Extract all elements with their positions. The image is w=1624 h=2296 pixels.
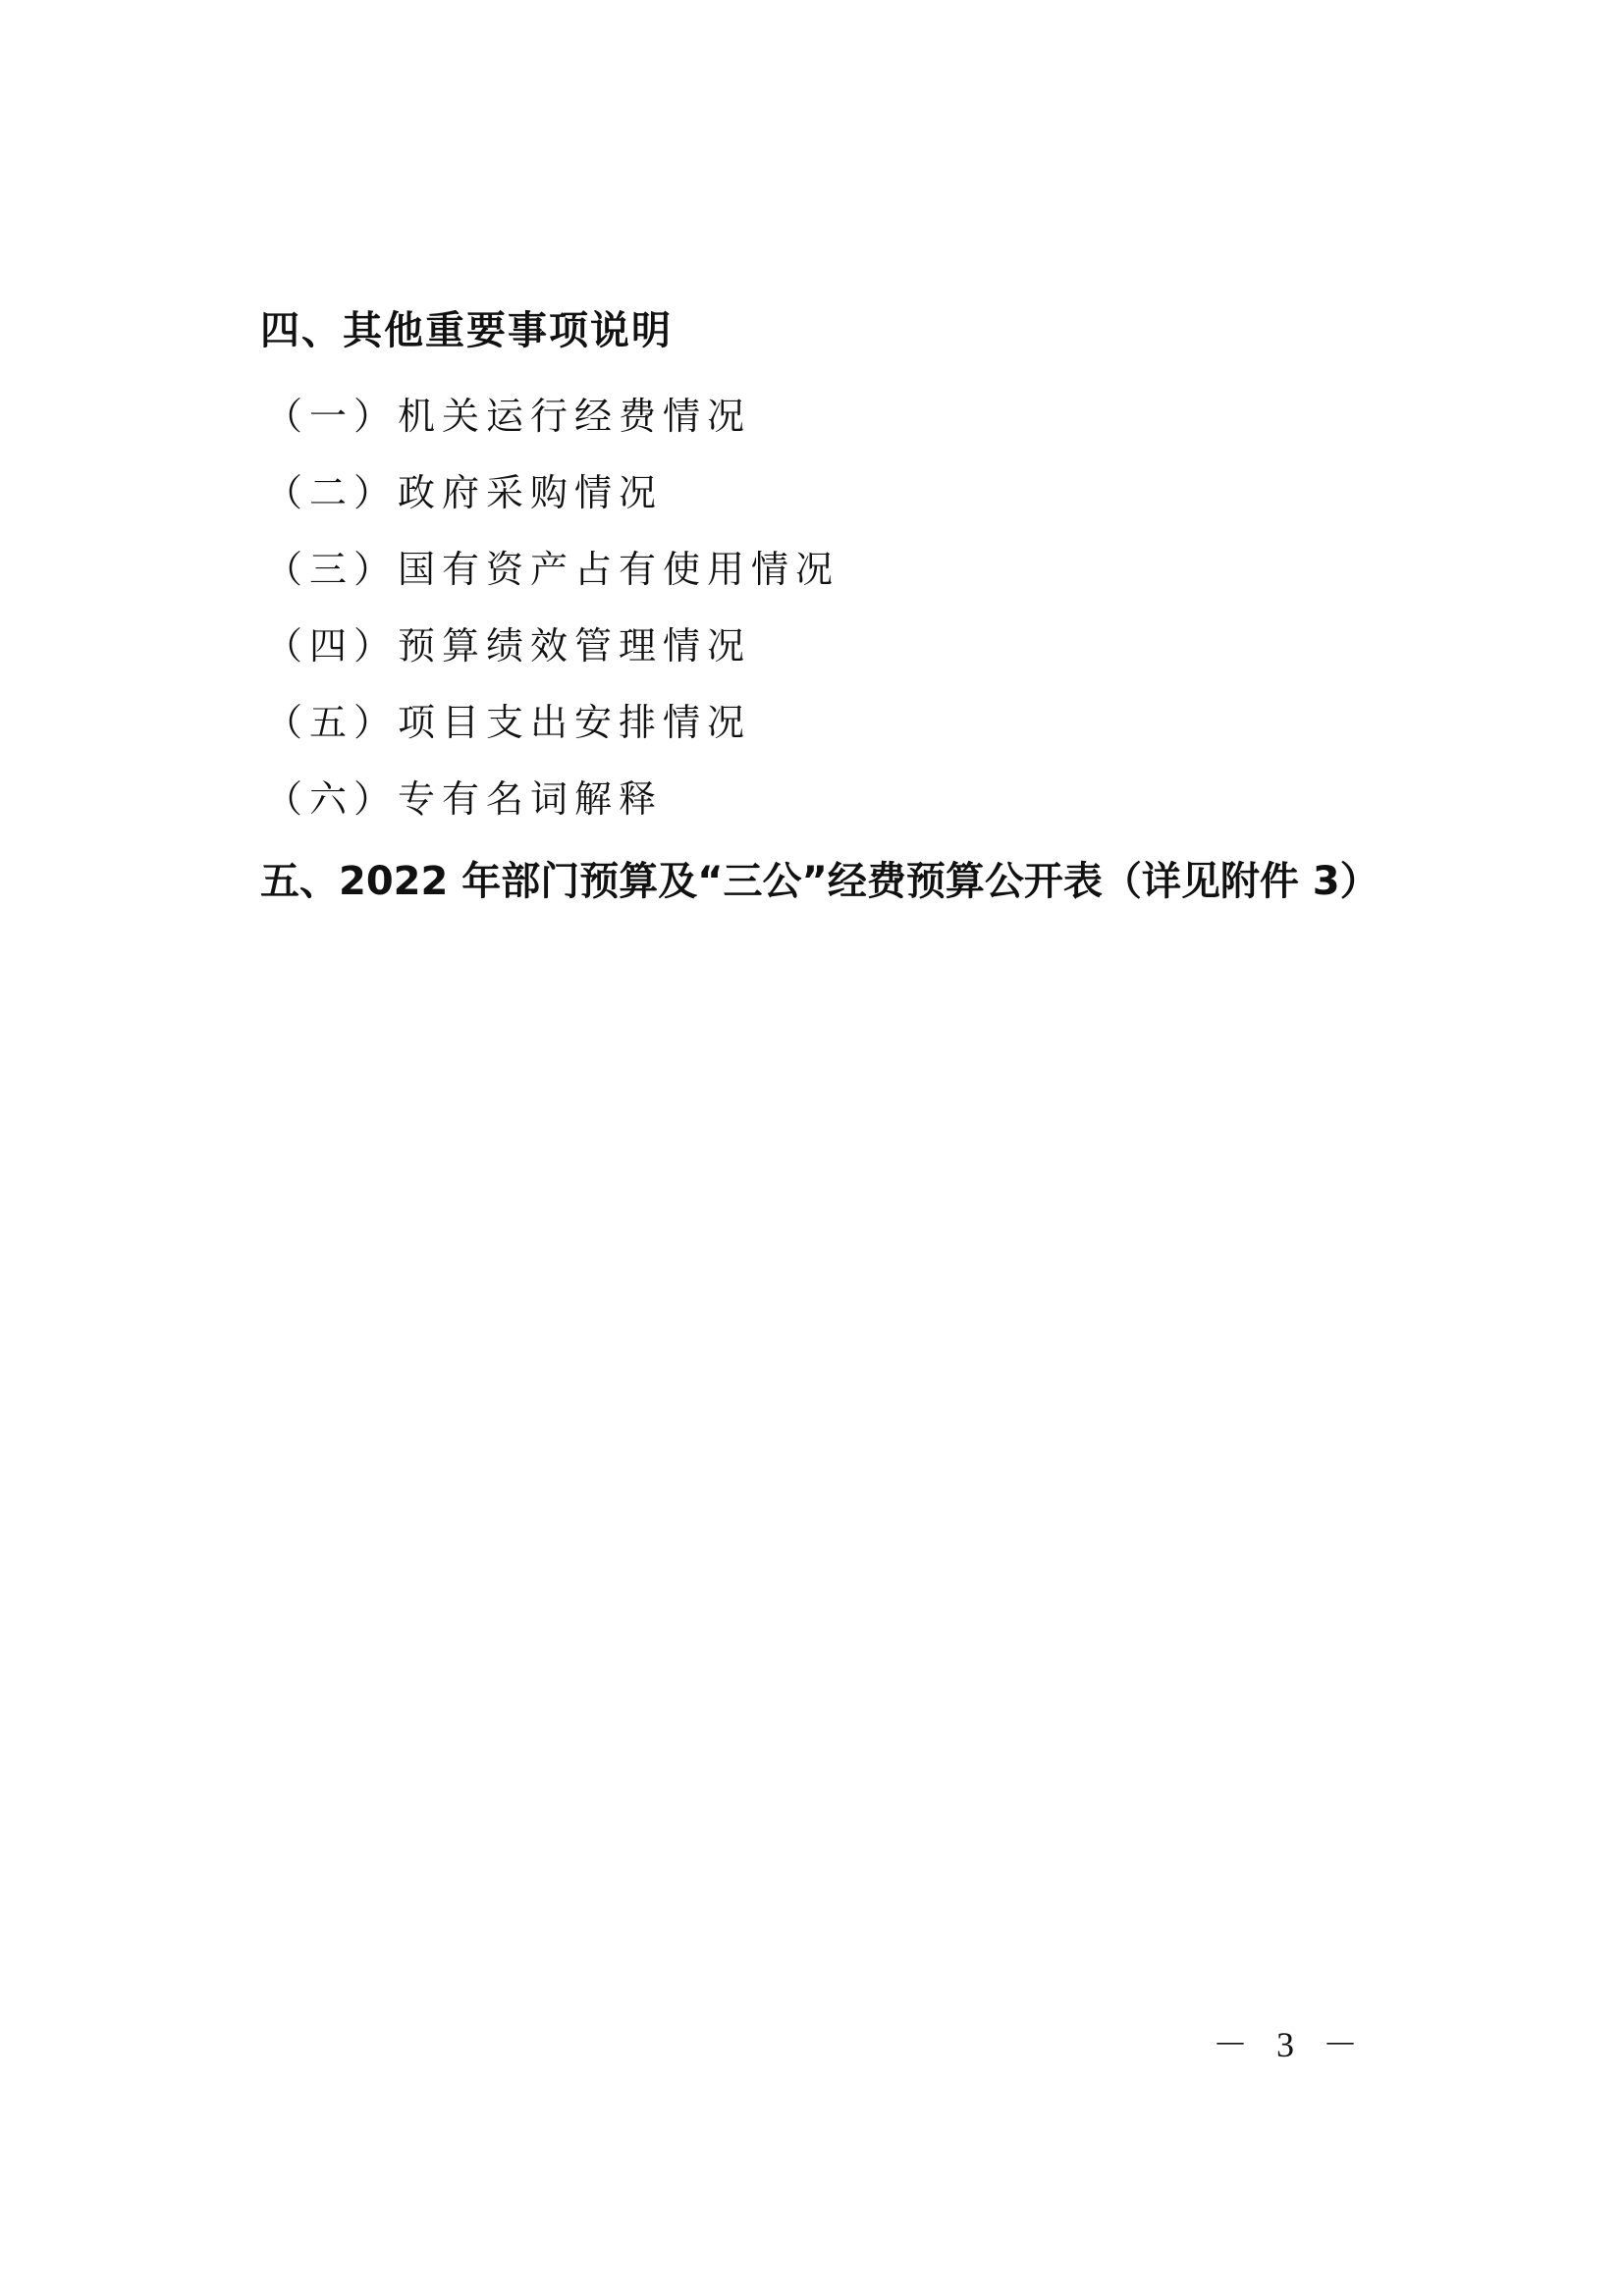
section-heading-5: 五、2022 年部门预算及“三公”经费预算公开表（详见附件 3）	[260, 850, 1380, 906]
document-page: 四、其他重要事项说明 （一）机关运行经费情况 （二）政府采购情况 （三）国有资产…	[0, 0, 1624, 2296]
toc-item-5: （五）项目支出安排情况	[265, 692, 751, 746]
section-heading-4: 四、其他重要事项说明	[260, 299, 673, 355]
page-number: － 3 －	[1213, 2017, 1368, 2067]
toc-item-4: （四）预算绩效管理情况	[265, 615, 751, 669]
toc-item-1: （一）机关运行经费情况	[265, 386, 751, 440]
toc-item-6: （六）专有名词解释	[265, 769, 663, 823]
toc-item-2: （二）政府采购情况	[265, 462, 663, 516]
toc-item-3: （三）国有资产占有使用情况	[265, 539, 839, 593]
